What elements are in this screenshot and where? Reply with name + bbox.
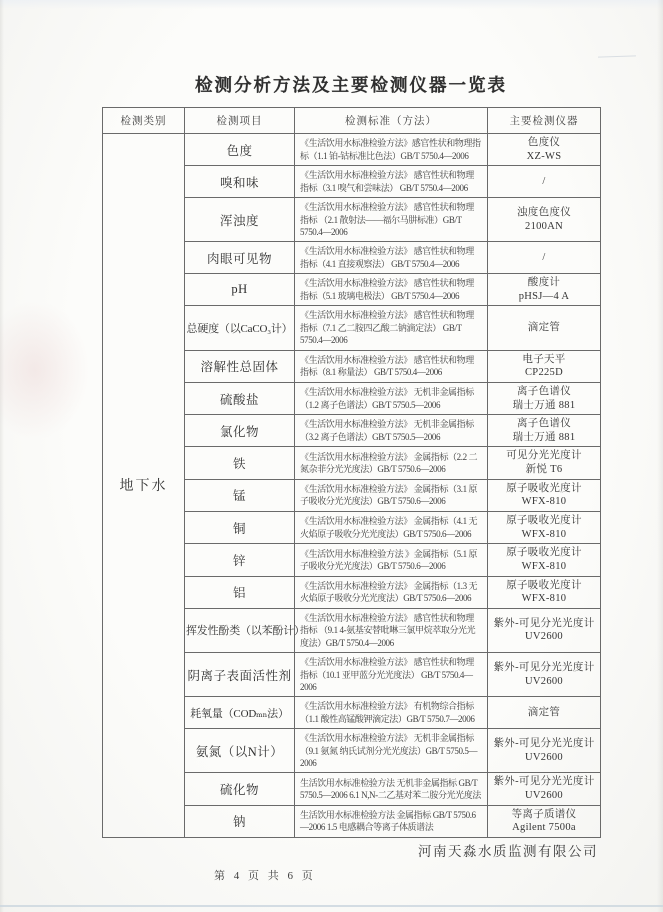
standard-cell: 《生活饮用水标准检验方法》 感官性状和物理指标 （2.1 散射法——福尔马肼标准…	[295, 198, 488, 242]
table-row: 地下水色度 《生活饮用水标准检验方法》感官性状和物理指标（1.1 铂-钴标准比色…	[103, 134, 601, 166]
item-cell: 色度	[185, 134, 295, 166]
standard-cell: 《生活饮用水标准检验方法》 感官性状和物理指标（7.1 乙二胺四乙酸二钠滴定法）…	[295, 306, 488, 350]
item-cell: pH	[185, 274, 295, 306]
standard-cell: 《生活饮用水标准检验方法》 无机非金属指标（1.2 离子色谱法）GB/T 575…	[295, 382, 488, 414]
item-cell: 阴离子表面活性剂	[185, 653, 295, 697]
item-cell: 锌	[185, 544, 295, 576]
table-header: 检测类别 检测项目 检测标准（方法） 主要检测仪器	[103, 108, 601, 134]
instrument-cell: /	[488, 242, 601, 274]
item-cell: 铜	[185, 512, 295, 544]
standard-cell: 《生活饮用水标准检验方法》 金属指标（1.3 无火焰原子吸收分光光度法）GB/T…	[295, 576, 488, 608]
methods-instruments-table: 检测类别 检测项目 检测标准（方法） 主要检测仪器 地下水色度 《生活饮用水标准…	[102, 107, 601, 838]
header-item: 检测项目	[185, 108, 295, 134]
item-cell: 氨氮（以N计）	[185, 729, 295, 773]
item-cell: 硫酸盐	[185, 382, 295, 414]
standard-cell: 《生活饮用水标准检验方法》 感官性状和物理指标（8.1 称量法） GB/T 57…	[295, 350, 488, 382]
standard-cell: 生活饮用水标准检验方法 金属指标 GB/T 5750.6—2006 1.5 电感…	[295, 805, 488, 837]
instrument-cell: 浊度色度仪 2100AN	[488, 198, 601, 242]
item-cell: 嗅和味	[185, 166, 295, 198]
instrument-cell: 紫外-可见分光光度计 UV2600	[488, 729, 601, 773]
item-cell: 挥发性酚类（以苯酚计）	[185, 608, 295, 652]
instrument-cell: 原子吸收光度计 WFX-810	[488, 576, 601, 608]
standard-cell: 《生活饮用水标准检验方法》 感官性状和物理指标（5.1 玻璃电极法） GB/T …	[295, 274, 488, 306]
document-page: 检测分析方法及主要检测仪器一览表 检测类别 检测项目 检测标准（方法） 主要检测…	[102, 72, 600, 883]
standard-cell: 生活饮用水标准检验方法 无机非金属指标 GB/T 5750.5—2006 6.1…	[295, 773, 488, 805]
standard-cell: 《生活饮用水标准检验方法》感官性状和物理指标（1.1 铂-钴标准比色法）GB/T…	[295, 134, 488, 166]
standard-cell: 《生活饮用水标准检验方法》 金属指标（4.1 无火焰原子吸收分光光度法）GB/T…	[295, 512, 488, 544]
scan-top-band	[0, 0, 663, 9]
page-title: 检测分析方法及主要检测仪器一览表	[102, 72, 600, 97]
page-number: 第 4 页 共 6 页	[214, 867, 600, 883]
item-cell: 钠	[185, 805, 295, 837]
standard-cell: 《生活饮用水标准检验方法》 感官性状和物理指标（10.1 亚甲蓝分光光度法） G…	[295, 653, 488, 697]
table-body: 地下水色度 《生活饮用水标准检验方法》感官性状和物理指标（1.1 铂-钴标准比色…	[103, 134, 601, 838]
instrument-cell: 电子天平 CP225D	[488, 350, 601, 382]
category-cell: 地下水	[103, 134, 185, 838]
standard-cell: 《生活饮用水标准检验方法》 有机物综合指标（1.1 酸性高锰酸钾滴定法）GB/T…	[295, 697, 488, 729]
instrument-cell: 紫外-可见分光光度计 UV2600	[488, 608, 601, 652]
instrument-cell: /	[488, 166, 601, 198]
header-row: 检测类别 检测项目 检测标准（方法） 主要检测仪器	[103, 108, 601, 134]
header-category: 检测类别	[103, 108, 185, 134]
instrument-cell: 滴定管	[488, 306, 601, 350]
instrument-cell: 原子吸收光度计 WFX-810	[488, 544, 601, 576]
standard-cell: 《生活饮用水标准检验方法》 无机非金属指标（9.1 氨氮 纳氏试剂分光光度法）G…	[295, 729, 488, 773]
scan-bottom-edge	[0, 905, 663, 907]
item-cell: 溶解性总固体	[185, 350, 295, 382]
header-instrument: 主要检测仪器	[488, 108, 601, 134]
company-name: 河南天淼水质监测有限公司	[102, 840, 600, 860]
item-cell: 锰	[185, 479, 295, 511]
item-cell: 浑浊度	[185, 198, 295, 242]
instrument-cell: 紫外-可见分光光度计 UV2600	[488, 773, 601, 805]
standard-cell: 《生活饮用水标准检验方法》 无机非金属指标（3.2 离子色谱法）GB/T 575…	[295, 415, 488, 447]
header-standard: 检测标准（方法）	[295, 108, 488, 134]
item-cell: 氯化物	[185, 415, 295, 447]
standard-cell: 《生活饮用水标准检验方法》 感官性状和物理指标 （9.1 4-氨基安替吡啉三氯甲…	[295, 608, 488, 652]
instrument-cell: 离子色谱仪 瑞士万通 881	[488, 382, 601, 414]
item-cell: 铝	[185, 576, 295, 608]
instrument-cell: 原子吸收光度计 WFX-810	[488, 512, 601, 544]
standard-cell: 《生活饮用水标准检验方法》 感官性状和物理指标（4.1 直接观察法） GB/T …	[295, 242, 488, 274]
scan-right-edge	[657, 0, 663, 912]
standard-cell: 《生活饮用水标准检验方法》 感官性状和物理指标（3.1 嗅气和尝味法） GB/T…	[295, 166, 488, 198]
scan-artifact-line	[598, 55, 636, 57]
scan-left-edge	[0, 0, 4, 912]
instrument-cell: 可见分光光度计 新悦 T6	[488, 447, 601, 479]
instrument-cell: 酸度计 pHSJ—4 A	[488, 274, 601, 306]
instrument-cell: 色度仪 XZ-WS	[488, 134, 601, 166]
standard-cell: 《生活饮用水标准检验方法》 金属指标（3.1 原子吸收分光光度法）GB/T 57…	[295, 479, 488, 511]
standard-cell: 《生活饮用水标准检验方法 》金属指标（5.1 原子吸收分光光度法）GB/T 57…	[295, 544, 488, 576]
instrument-cell: 等离子质谱仪 Agilent 7500a	[488, 805, 601, 837]
item-cell: 铁	[185, 447, 295, 479]
scan-smudge	[0, 300, 90, 440]
instrument-cell: 离子色谱仪 瑞士万通 881	[488, 415, 601, 447]
item-cell: 耗氧量（CODₘₙ法）	[185, 697, 295, 729]
item-cell: 硫化物	[185, 773, 295, 805]
instrument-cell: 滴定管	[488, 697, 601, 729]
instrument-cell: 原子吸收光度计 WFX-810	[488, 479, 601, 511]
standard-cell: 《生活饮用水标准检验方法》 金属指标（2.2 二氮杂菲分光光度法）GB/T 57…	[295, 447, 488, 479]
instrument-cell: 紫外-可见分光光度计 UV2600	[488, 653, 601, 697]
item-cell: 总硬度（以CaCO₃计）	[185, 306, 295, 350]
item-cell: 肉眼可见物	[185, 242, 295, 274]
